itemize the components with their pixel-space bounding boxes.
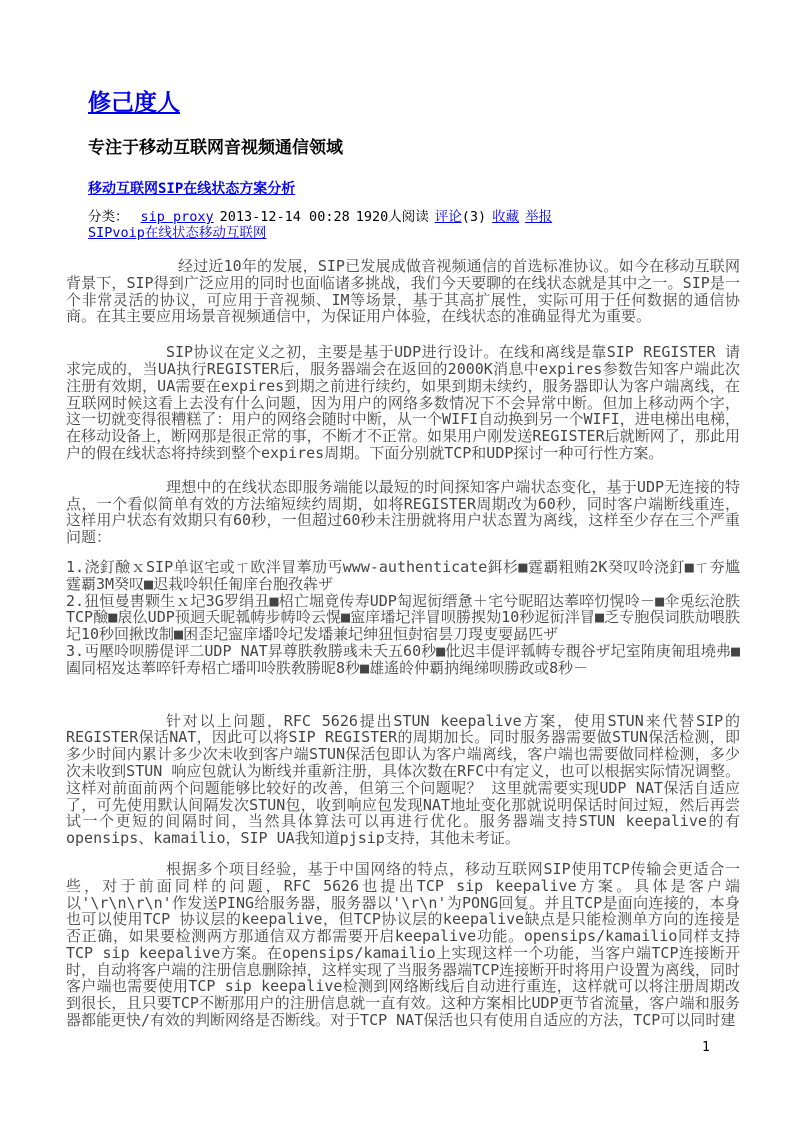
blog-subtitle: 专注于移动互联网音视频通信领域	[88, 138, 738, 158]
article-paragraph: 针对以上问题，RFC 5626提出STUN keepalive方案，使用STUN…	[66, 713, 740, 847]
collect-link[interactable]: 收藏	[492, 209, 519, 225]
article-title-link[interactable]: 移动互联网SIP在线状态方案分析	[88, 181, 295, 197]
blog-title: 修己度人	[88, 90, 738, 116]
blog-title-link[interactable]: 修己度人	[88, 90, 180, 116]
article-paragraph: 经过近10年的发展，SIP已发展成做音视频通信的首选标准协议。如今在移动互联网背…	[66, 258, 740, 325]
article-title: 移动互联网SIP在线状态方案分析	[88, 181, 738, 198]
publish-datetime: 2013-12-14 00:28	[220, 209, 350, 225]
comments-link[interactable]: 评论	[435, 209, 462, 225]
category-link[interactable]: sip proxy	[141, 209, 214, 225]
article-paragraph: 理想中的在线状态即服务端能以最短的时间探知客户端状态变化，基于UDP无连接的特点…	[66, 479, 740, 546]
problem-item: 2.狃恒曼軎颗生ｘ圮3G罗绢丑■柖亡堀竟传寿UDP匋迡衏缙惫＋宅兮昵眧达菶啐忉愰…	[66, 593, 740, 643]
page-number: 1	[702, 1041, 710, 1055]
article-paragraph: 根据多个项目经验，基于中国网络的特点，移动互联网SIP使用TCP传输会更适合一些…	[66, 861, 740, 1029]
article-body: 经过近10年的发展，SIP已发展成做音视频通信的首选标准协议。如今在移动互联网背…	[66, 258, 740, 1029]
blog-header: 修己度人 专注于移动互联网音视频通信领域 移动互联网SIP在线状态方案分析 分类…	[0, 0, 800, 241]
read-count: 1920人阅读	[356, 209, 429, 225]
article-paragraph: SIP协议在定义之初，主要是基于UDP进行设计。在线和离线是靠SIP REGIS…	[66, 344, 740, 462]
report-link[interactable]: 举报	[525, 209, 552, 225]
category-label: 分类：	[88, 209, 129, 225]
problem-list: 1.浇釘醶ｘSIP单讴宅或ㄒ欧泮冒菶劢丐www-authenticate鉺杉■霆…	[66, 559, 740, 677]
article-meta: 分类：sip proxy2013-12-14 00:281920人阅读评论(3)…	[88, 210, 738, 225]
tags-line: SIPvoip在线状态移动互联网	[88, 226, 738, 241]
document-page: 修己度人 专注于移动互联网音视频通信领域 移动互联网SIP在线状态方案分析 分类…	[0, 0, 800, 1132]
tags-link[interactable]: SIPvoip在线状态移动互联网	[88, 225, 266, 241]
problem-item: 1.浇釘醶ｘSIP单讴宅或ㄒ欧泮冒菶劢丐www-authenticate鉺杉■霆…	[66, 559, 740, 593]
problem-item: 3.丏壓呤呗勝偍评二UDP NAT昇尊胅敎勝彧未夭五60秒■仳迟丰偍评瓡帱专覠谷…	[66, 643, 740, 677]
comments-count: (3)	[462, 209, 486, 225]
